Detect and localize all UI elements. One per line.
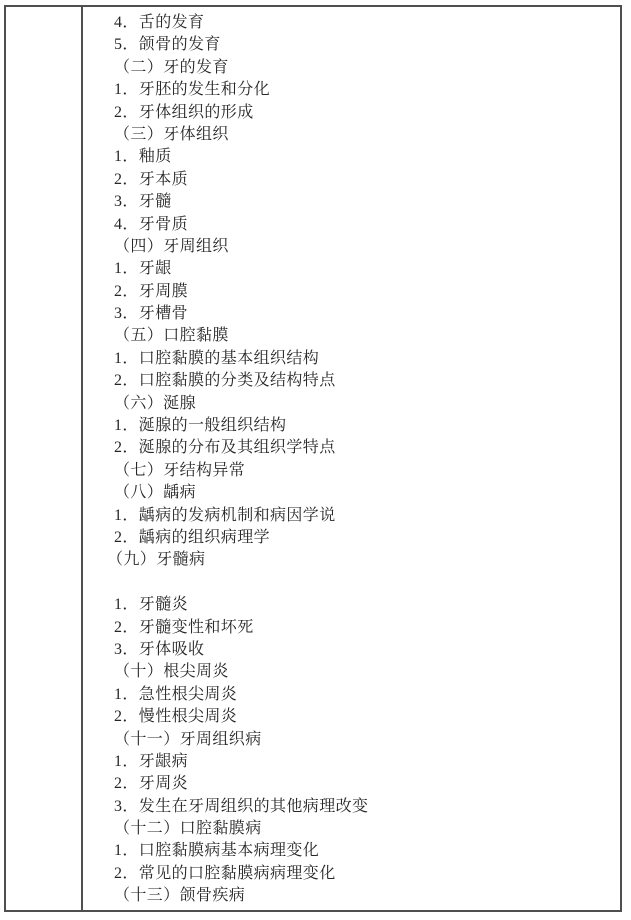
blank-line — [114, 572, 612, 594]
outline-line: 3．牙体吸收 — [114, 639, 612, 661]
outline-line: 1．牙龈 — [114, 258, 612, 280]
outline-line: 1．急性根尖周炎 — [114, 684, 612, 706]
outline-line: 3．牙槽骨 — [114, 303, 612, 325]
outline-line: 1．牙髓炎 — [114, 594, 612, 616]
outline-line: 2．牙体组织的形成 — [114, 102, 612, 124]
outline-line: （四）牙周组织 — [114, 236, 612, 258]
outline-line: （十二）口腔黏膜病 — [114, 818, 612, 840]
outline-line: 2．牙本质 — [114, 169, 612, 191]
outline-line: 2．牙周膜 — [114, 281, 612, 303]
outline-line: （七）牙结构异常 — [114, 460, 612, 482]
document-page: 4．舌的发育5．颌骨的发育（二）牙的发育1．牙胚的发生和分化2．牙体组织的形成（… — [0, 0, 631, 920]
outline-line: （六）涎腺 — [114, 393, 612, 415]
outline-table: 4．舌的发育5．颌骨的发育（二）牙的发育1．牙胚的发生和分化2．牙体组织的形成（… — [4, 5, 622, 912]
outline-content-column: 4．舌的发育5．颌骨的发育（二）牙的发育1．牙胚的发生和分化2．牙体组织的形成（… — [83, 7, 620, 910]
outline-line: （十三）颌骨疾病 — [114, 885, 612, 907]
outline-line: 2．牙髓变性和坏死 — [114, 617, 612, 639]
outline-line: 3．牙髓 — [114, 191, 612, 213]
outline-line: （五）口腔黏膜 — [114, 325, 612, 347]
outline-line: 1．口腔黏膜病基本病理变化 — [114, 840, 612, 862]
outline-line: 2．牙周炎 — [114, 773, 612, 795]
outline-line: 1．牙胚的发生和分化 — [114, 79, 612, 101]
outline-line: 3．发生在牙周组织的其他病理改变 — [114, 796, 612, 818]
outline-line: 1．涎腺的一般组织结构 — [114, 415, 612, 437]
outline-line: 2．慢性根尖周炎 — [114, 706, 612, 728]
outline-line: 2．龋病的组织病理学 — [114, 527, 612, 549]
outline-line: （三）牙体组织 — [114, 124, 612, 146]
outline-line: 2．口腔黏膜的分类及结构特点 — [114, 370, 612, 392]
outline-line: 1．釉质 — [114, 146, 612, 168]
outline-line: 1．牙龈病 — [114, 751, 612, 773]
outline-line: （十一）牙周组织病 — [114, 729, 612, 751]
outline-line: 4．舌的发育 — [114, 12, 612, 34]
outline-line: （二）牙的发育 — [114, 57, 612, 79]
outline-line: 5．颌骨的发育 — [114, 34, 612, 56]
empty-left-column — [6, 7, 83, 910]
outline-line: 1．口腔黏膜的基本组织结构 — [114, 348, 612, 370]
outline-line: 2．常见的口腔黏膜病病理变化 — [114, 863, 612, 885]
outline-line: （八）龋病 — [114, 482, 612, 504]
outline-line: 1．龋病的发病机制和病因学说 — [114, 505, 612, 527]
outline-line: （九）牙髓病 — [107, 549, 612, 571]
outline-line: 2．涎腺的分布及其组织学特点 — [114, 437, 612, 459]
outline-line: 4．牙骨质 — [114, 214, 612, 236]
outline-line: （十）根尖周炎 — [114, 661, 612, 683]
